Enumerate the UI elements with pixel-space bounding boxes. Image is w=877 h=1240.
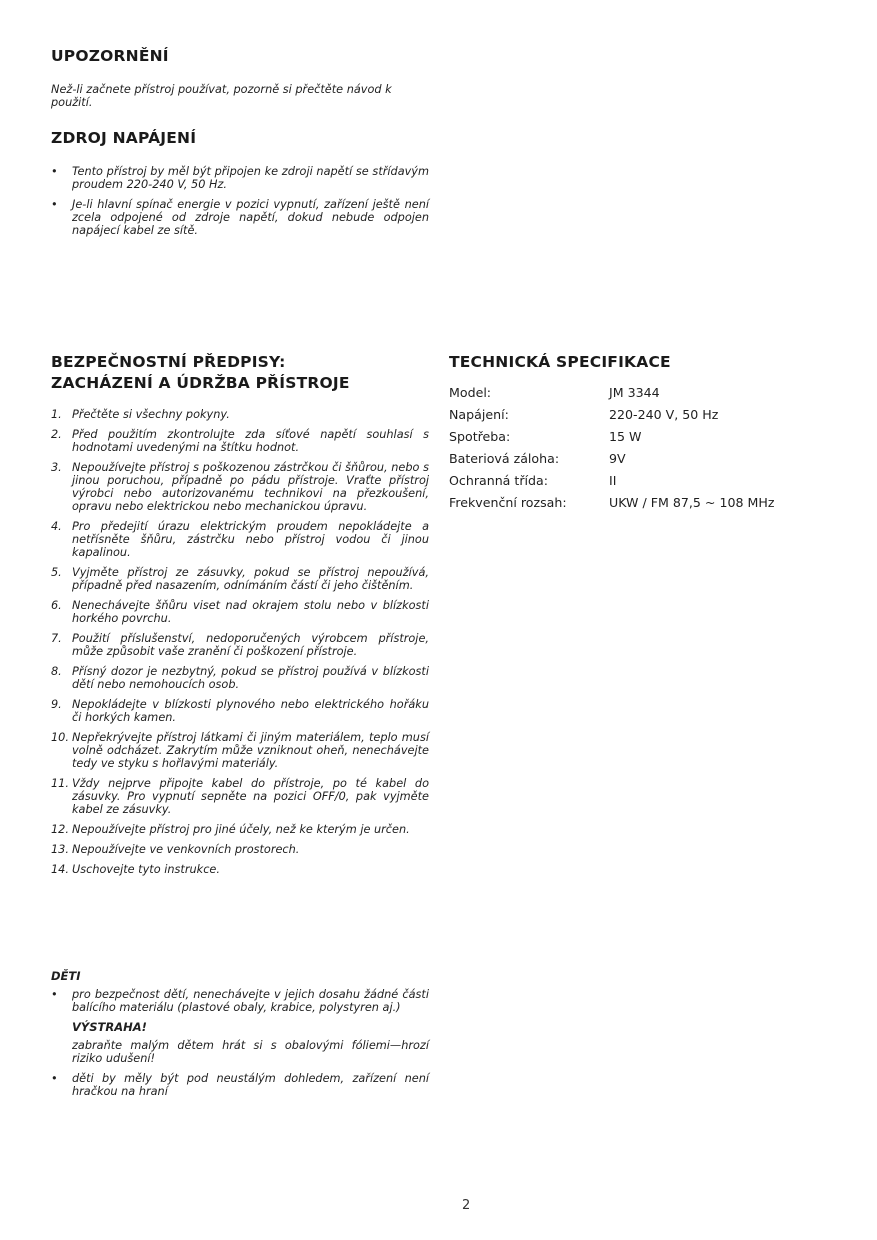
spec-table: Model:JM 3344Napájení:220-240 V, 50 HzSp… — [449, 382, 829, 514]
item-number: 3. — [51, 461, 62, 474]
spec-label: Bateriová záloha: — [449, 448, 609, 470]
spec-label: Napájení: — [449, 404, 609, 426]
item-text: Uschovejte tyto instrukce. — [72, 863, 220, 876]
safety-item: 10.Nepřekrývejte přístroj látkami či jin… — [51, 731, 429, 770]
item-number: 7. — [51, 632, 62, 645]
spec-row: Frekvenční rozsah:UKW / FM 87,5 ~ 108 MH… — [449, 492, 829, 514]
safety-item: 11.Vždy nejprve připojte kabel do přístr… — [51, 777, 429, 816]
item-number: 1. — [51, 408, 62, 421]
safety-heading: BEZPEČNOSTNÍ PŘEDPISY: ZACHÁZENÍ A ÚDRŽB… — [51, 352, 350, 394]
safety-item: 3.Nepoužívejte přístroj s poškozenou zás… — [51, 461, 429, 513]
spec-value: 9V — [609, 448, 626, 470]
power-heading: ZDROJ NAPÁJENÍ — [51, 128, 196, 149]
warning-text: Než-li začnete přístroj používat, pozorn… — [51, 83, 431, 109]
spec-value: UKW / FM 87,5 ~ 108 MHz — [609, 492, 774, 514]
bullet-icon: • — [51, 165, 58, 178]
spec-row: Spotřeba:15 W — [449, 426, 829, 448]
item-text: Nepoužívejte přístroj pro jiné účely, ne… — [72, 823, 410, 836]
safety-item: 8.Přísný dozor je nezbytný, pokud se pří… — [51, 665, 429, 691]
power-list: • Tento přístroj by měl být připojen ke … — [51, 165, 429, 244]
item-text: Přečtěte si všechny pokyny. — [72, 408, 230, 421]
warning-heading: UPOZORNĚNÍ — [51, 46, 169, 67]
item-number: 12. — [51, 823, 69, 836]
item-text: Nepřekrývejte přístroj látkami či jiným … — [72, 731, 429, 770]
bullet-icon: • — [51, 1072, 58, 1085]
item-number: 13. — [51, 843, 69, 856]
spec-value: 220-240 V, 50 Hz — [609, 404, 718, 426]
item-number: 5. — [51, 566, 62, 579]
item-number: 10. — [51, 731, 69, 744]
item-text: Před použitím zkontrolujte zda síťové na… — [72, 428, 429, 454]
safety-item: 2.Před použitím zkontrolujte zda síťové … — [51, 428, 429, 454]
safety-item: 4.Pro předejití úrazu elektrickým proude… — [51, 520, 429, 559]
bullet-icon: • — [51, 988, 58, 1001]
spec-label: Spotřeba: — [449, 426, 609, 448]
safety-item: 13.Nepoužívejte ve venkovních prostorech… — [51, 843, 429, 856]
children-section: DĚTI • pro bezpečnost dětí, nenechávejte… — [51, 970, 429, 1105]
spec-value: II — [609, 470, 616, 492]
spec-value: 15 W — [609, 426, 641, 448]
power-item: • Tento přístroj by měl být připojen ke … — [51, 165, 429, 191]
item-text: Použití příslušenství, nedoporučených vý… — [72, 632, 429, 658]
spec-row: Napájení:220-240 V, 50 Hz — [449, 404, 829, 426]
item-number: 11. — [51, 777, 69, 790]
item-number: 14. — [51, 863, 69, 876]
item-text: Vždy nejprve připojte kabel do přístroje… — [72, 777, 429, 816]
safety-item: 5.Vyjměte přístroj ze zásuvky, pokud se … — [51, 566, 429, 592]
children-warning-text: zabraňte malým dětem hrát si s obalovými… — [51, 1039, 429, 1065]
item-number: 2. — [51, 428, 62, 441]
children-warning-title: VÝSTRAHA! — [51, 1021, 429, 1034]
item-text: Nepokládejte v blízkosti plynového nebo … — [72, 698, 429, 724]
spec-value: JM 3344 — [609, 382, 660, 404]
spec-row: Bateriová záloha:9V — [449, 448, 829, 470]
children-item: • pro bezpečnost dětí, nenechávejte v je… — [51, 988, 429, 1014]
item-number: 9. — [51, 698, 62, 711]
item-number: 6. — [51, 599, 62, 612]
item-text: Přísný dozor je nezbytný, pokud se příst… — [72, 665, 429, 691]
spec-label: Ochranná třída: — [449, 470, 609, 492]
page-number: 2 — [462, 1198, 470, 1213]
item-text: Pro předejití úrazu elektrickým proudem … — [72, 520, 429, 559]
item-number: 4. — [51, 520, 62, 533]
item-text: Vyjměte přístroj ze zásuvky, pokud se př… — [72, 566, 429, 592]
item-text: Nepoužívejte přístroj s poškozenou zástr… — [72, 461, 429, 513]
safety-item: 9.Nepokládejte v blízkosti plynového neb… — [51, 698, 429, 724]
power-item: • Je-li hlavní spínač energie v pozici v… — [51, 198, 429, 237]
spec-heading: TECHNICKÁ SPECIFIKACE — [449, 352, 671, 373]
item-text: Nenechávejte šňůru viset nad okrajem sto… — [72, 599, 429, 625]
children-item: • děti by měly být pod neustálým dohlede… — [51, 1072, 429, 1098]
item-number: 8. — [51, 665, 62, 678]
spec-label: Frekvenční rozsah: — [449, 492, 609, 514]
safety-item: 14.Uschovejte tyto instrukce. — [51, 863, 429, 876]
safety-item: 7.Použití příslušenství, nedoporučených … — [51, 632, 429, 658]
safety-list: 1.Přečtěte si všechny pokyny.2.Před použ… — [51, 408, 429, 883]
safety-item: 1.Přečtěte si všechny pokyny. — [51, 408, 429, 421]
safety-item: 12.Nepoužívejte přístroj pro jiné účely,… — [51, 823, 429, 836]
spec-row: Ochranná třída:II — [449, 470, 829, 492]
spec-label: Model: — [449, 382, 609, 404]
bullet-icon: • — [51, 198, 58, 211]
spec-row: Model:JM 3344 — [449, 382, 829, 404]
safety-item: 6.Nenechávejte šňůru viset nad okrajem s… — [51, 599, 429, 625]
children-heading: DĚTI — [51, 970, 429, 983]
item-text: Nepoužívejte ve venkovních prostorech. — [72, 843, 299, 856]
